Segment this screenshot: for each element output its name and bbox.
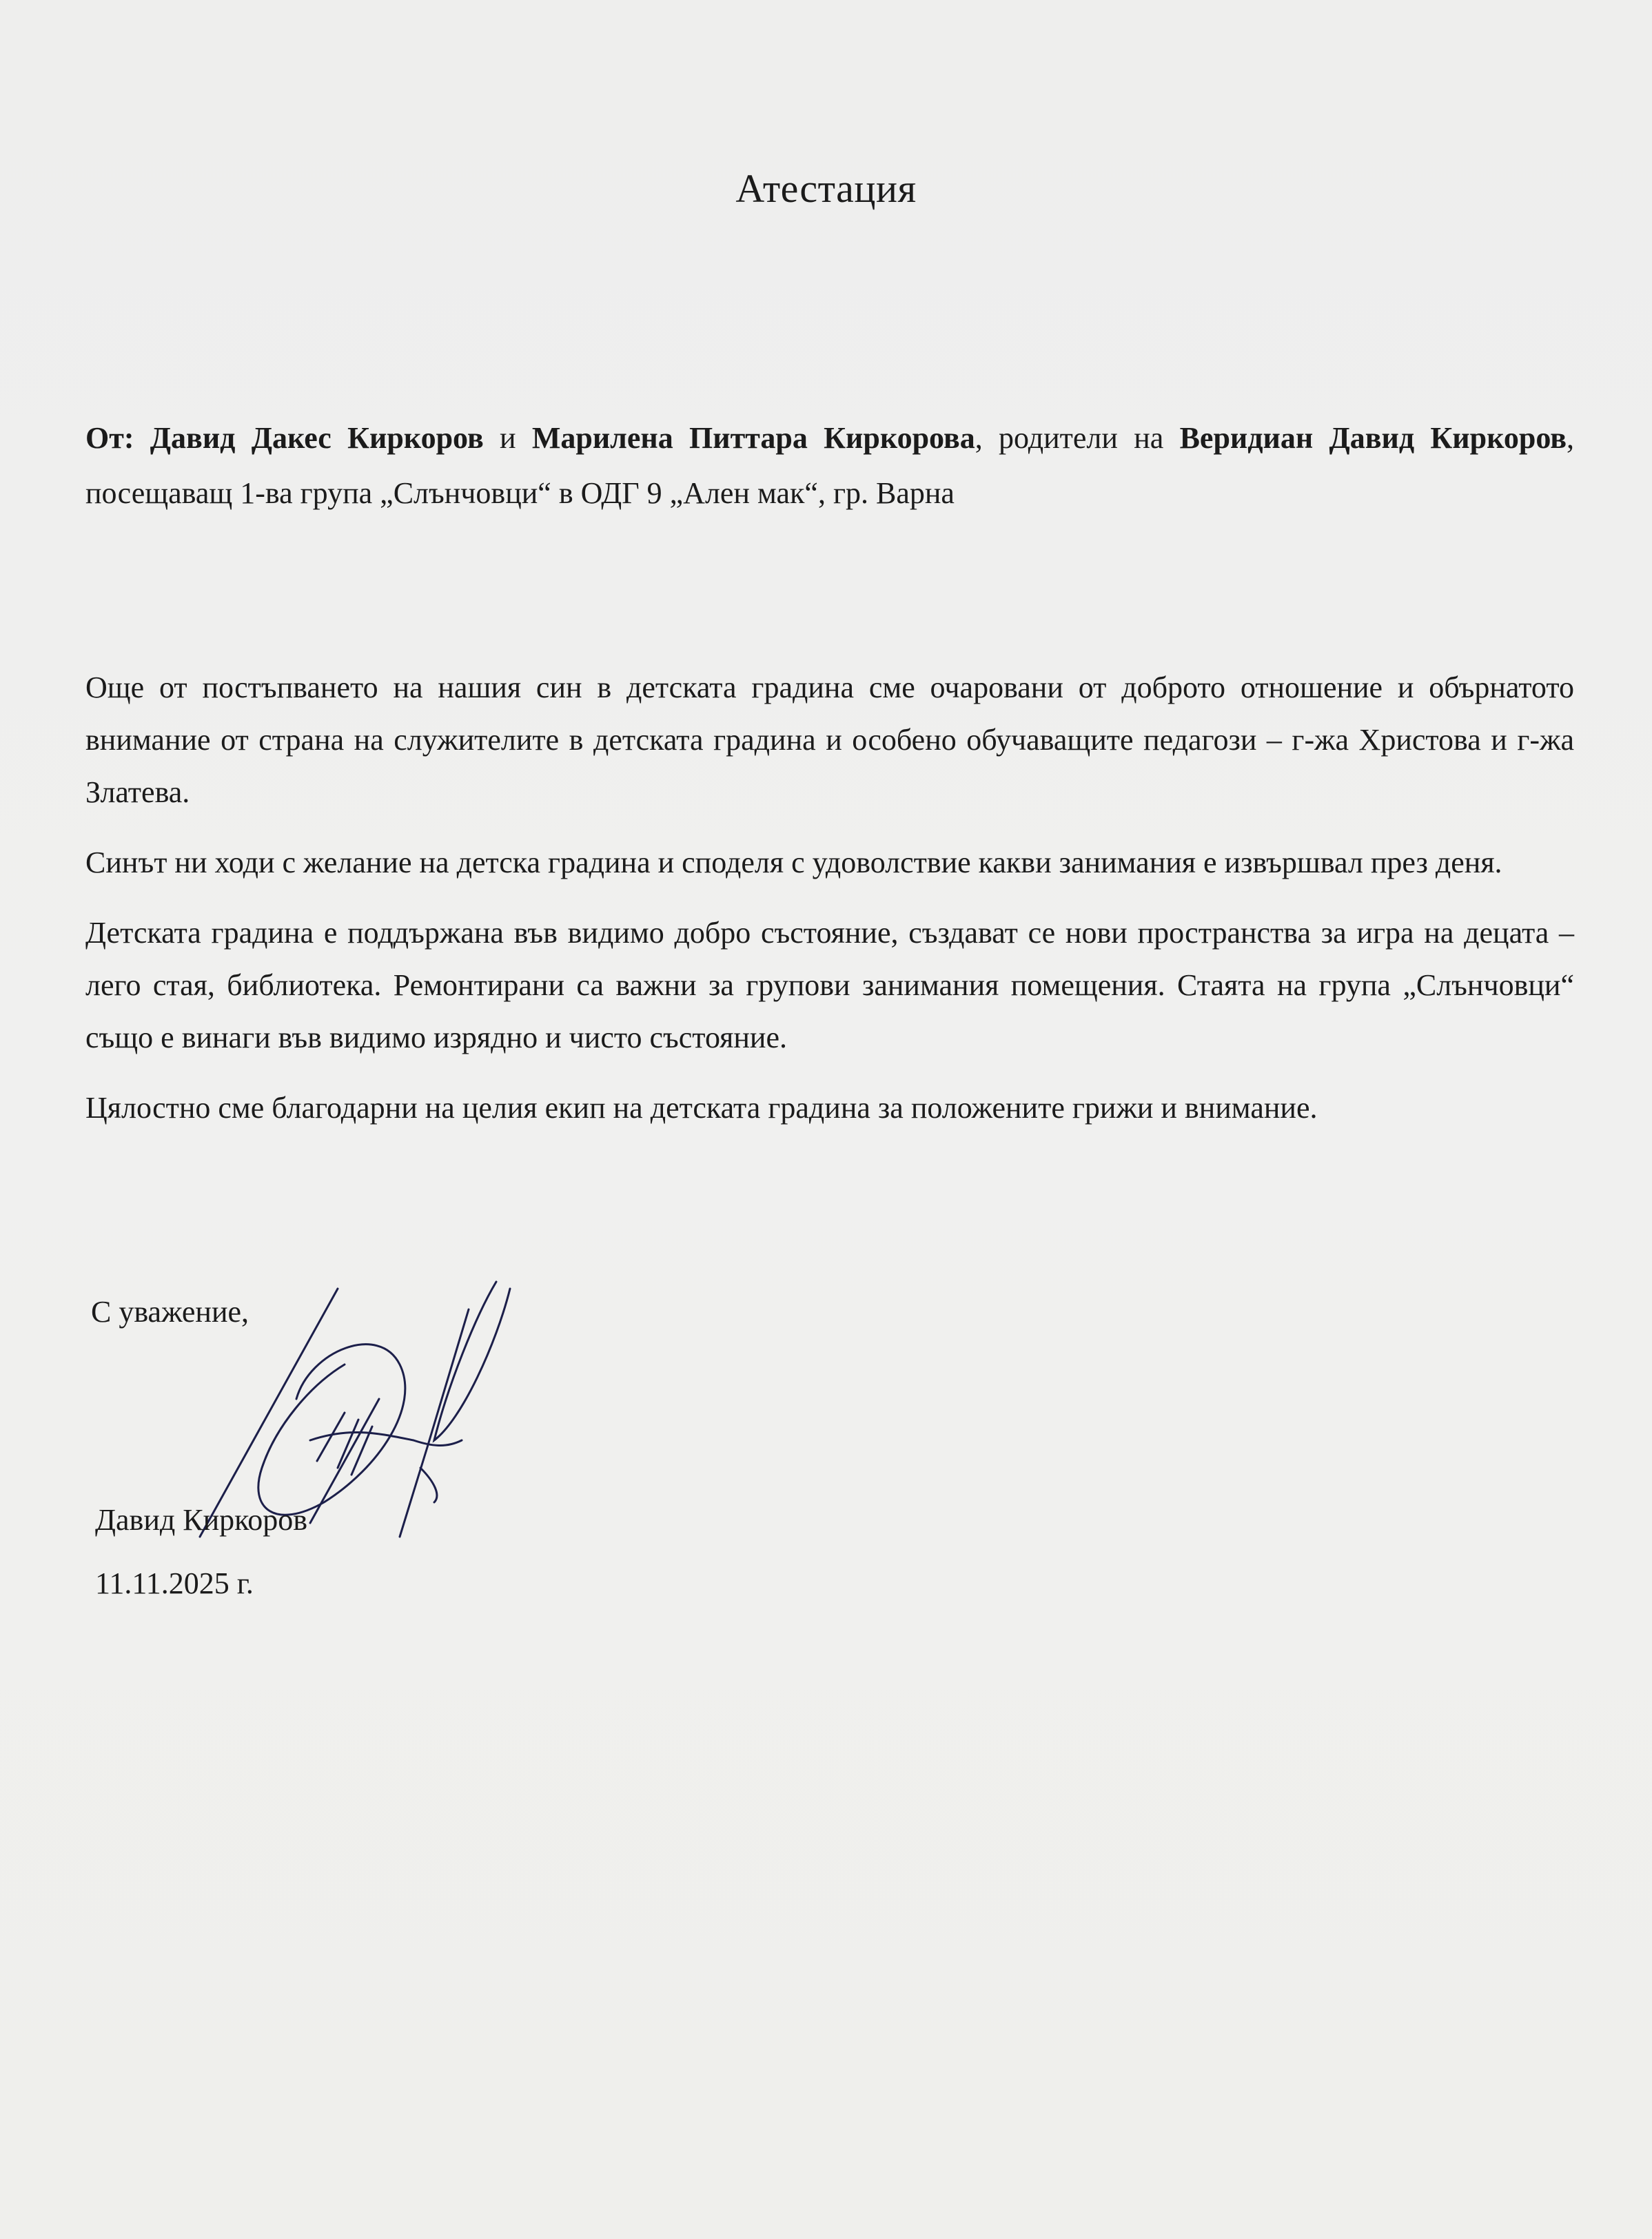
signer-name: Давид Киркоров bbox=[95, 1502, 307, 1537]
conjunction: и bbox=[500, 421, 516, 455]
parent-2-name: Марилена Питтара Киркорова bbox=[532, 421, 975, 455]
paragraph: Детската градина е поддържана във видимо… bbox=[85, 907, 1574, 1064]
sender-block: От: Давид Дакес Киркоров и Марилена Питт… bbox=[85, 411, 1574, 521]
parents-of-text: , родители на bbox=[975, 421, 1164, 455]
document-date: 11.11.2025 г. bbox=[95, 1566, 254, 1601]
document-title: Атестация bbox=[0, 165, 1652, 212]
paragraph: Още от постъпването на нашия син в детск… bbox=[85, 662, 1574, 819]
parent-1-name: Давид Дакес Киркоров bbox=[150, 421, 484, 455]
document-page: Атестация От: Давид Дакес Киркоров и Мар… bbox=[0, 0, 1652, 2239]
paragraph: Цялостно сме благодарни на целия екип на… bbox=[85, 1082, 1574, 1134]
from-label: От: bbox=[85, 421, 134, 455]
child-name: Веридиан Давид Киркоров bbox=[1180, 421, 1567, 455]
paragraph: Синът ни ходи с желание на детска градин… bbox=[85, 837, 1574, 889]
letter-body: Още от постъпването на нашия син в детск… bbox=[85, 662, 1574, 1152]
